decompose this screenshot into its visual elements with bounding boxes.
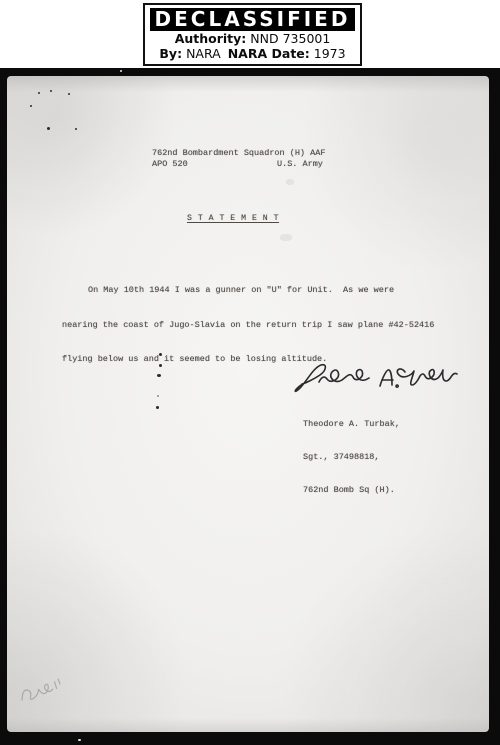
smudge — [280, 234, 292, 241]
ink-speck — [156, 406, 159, 409]
authority-value: NND 735001 — [250, 31, 330, 46]
dust-speck — [120, 70, 122, 72]
unit-heading: 762nd Bombardment Squadron (H) AAF — [152, 148, 325, 160]
by-label: By: — [159, 46, 182, 61]
ink-speck — [38, 92, 40, 94]
ink-speck — [50, 90, 52, 92]
ink-speck — [75, 128, 77, 130]
authority-line: Authority: NND 735001 — [150, 31, 355, 46]
apo-heading: APO 520 — [152, 159, 188, 171]
ink-speck — [47, 127, 50, 130]
by-value: NARA — [186, 46, 221, 61]
ink-speck — [30, 105, 32, 107]
declassified-document-scan: DECLASSIFIED Authority: NND 735001 By: N… — [0, 0, 500, 745]
ink-speck — [157, 395, 159, 397]
date-value: 1973 — [314, 46, 346, 61]
by-date-line: By: NARANARA Date: 1973 — [150, 46, 355, 61]
ink-speck — [68, 93, 70, 95]
dust-speck — [78, 739, 81, 741]
scanner-frame — [0, 68, 500, 745]
statement-title: S T A T E M E N T — [187, 213, 279, 225]
date-label: NARA Date: — [228, 46, 310, 61]
signature-name-line: Theodore A. Turbak, — [303, 419, 400, 430]
army-heading: U.S. Army — [277, 159, 323, 171]
declassified-stamp: DECLASSIFIED Authority: NND 735001 By: N… — [143, 3, 362, 66]
signature-handwriting — [291, 359, 459, 397]
smudge — [286, 179, 294, 185]
declassified-banner: DECLASSIFIED — [150, 8, 355, 31]
authority-label: Authority: — [175, 31, 247, 46]
body-line: On May 10th 1944 I was a gunner on "U" f… — [62, 285, 434, 297]
paper-page — [7, 76, 489, 732]
body-line: nearing the coast of Jugo-Slavia on the … — [62, 320, 434, 332]
signature-rank-line: Sgt., 37498818, — [303, 452, 400, 463]
signature-block: Theodore A. Turbak, Sgt., 37498818, 762n… — [303, 397, 400, 518]
signature-unit-line: 762nd Bomb Sq (H). — [303, 485, 400, 496]
signature-ink-icon — [291, 359, 459, 397]
